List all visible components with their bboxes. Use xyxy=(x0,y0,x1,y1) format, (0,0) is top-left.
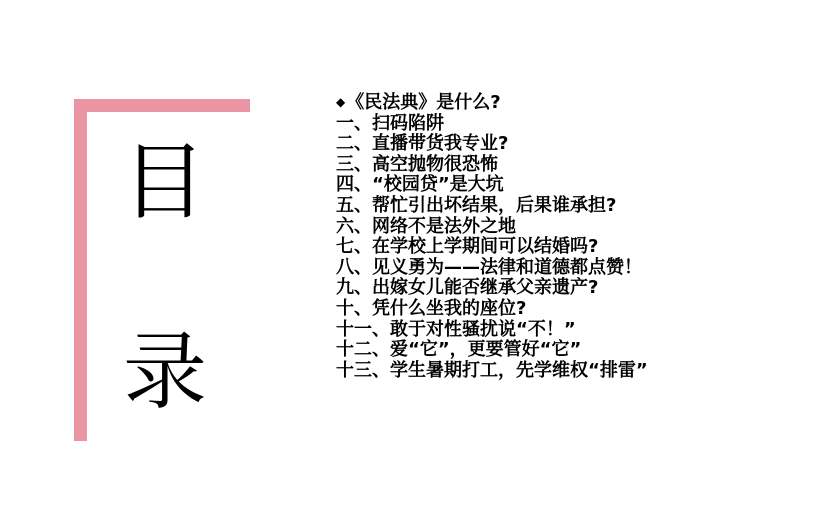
toc-item: 十、凭什么坐我的座位? xyxy=(336,299,648,320)
toc-item: 六、网络不是法外之地 xyxy=(336,217,648,238)
toc-heading-text: 《民法典》是什么? xyxy=(346,92,500,113)
table-of-contents: ◆《民法典》是什么? 一、扫码陷阱 二、直播带货我专业? 三、高空抛物很恐怖 四… xyxy=(336,92,648,381)
toc-heading: ◆《民法典》是什么? xyxy=(336,92,648,114)
toc-item: 八、见义勇为——法律和道德都点赞！ xyxy=(336,258,648,279)
toc-item: 七、在学校上学期间可以结婚吗? xyxy=(336,237,648,258)
diamond-bullet-icon: ◆ xyxy=(336,92,345,113)
toc-item: 三、高空抛物很恐怖 xyxy=(336,155,648,176)
accent-bracket-top-bar xyxy=(74,99,250,112)
accent-bracket-left-bar xyxy=(74,99,87,441)
toc-item: 十二、爱“它”，更要管好“它” xyxy=(336,340,648,361)
toc-item: 四、“校园贷”是大坑 xyxy=(336,175,648,196)
toc-item: 十一、敢于对性骚扰说“不！” xyxy=(336,320,648,341)
toc-item: 五、帮忙引出坏结果，后果谁承担? xyxy=(336,196,648,217)
title-char-mu: 目 xyxy=(114,140,214,224)
toc-item: 二、直播带货我专业? xyxy=(336,134,648,155)
title-char-lu: 录 xyxy=(115,330,215,414)
toc-item: 十三、学生暑期打工，先学维权“排雷” xyxy=(336,361,648,382)
toc-item: 一、扫码陷阱 xyxy=(336,114,648,135)
toc-item: 九、出嫁女儿能否继承父亲遗产? xyxy=(336,278,648,299)
slide: 目 录 ◆《民法典》是什么? 一、扫码陷阱 二、直播带货我专业? 三、高空抛物很… xyxy=(0,0,818,505)
